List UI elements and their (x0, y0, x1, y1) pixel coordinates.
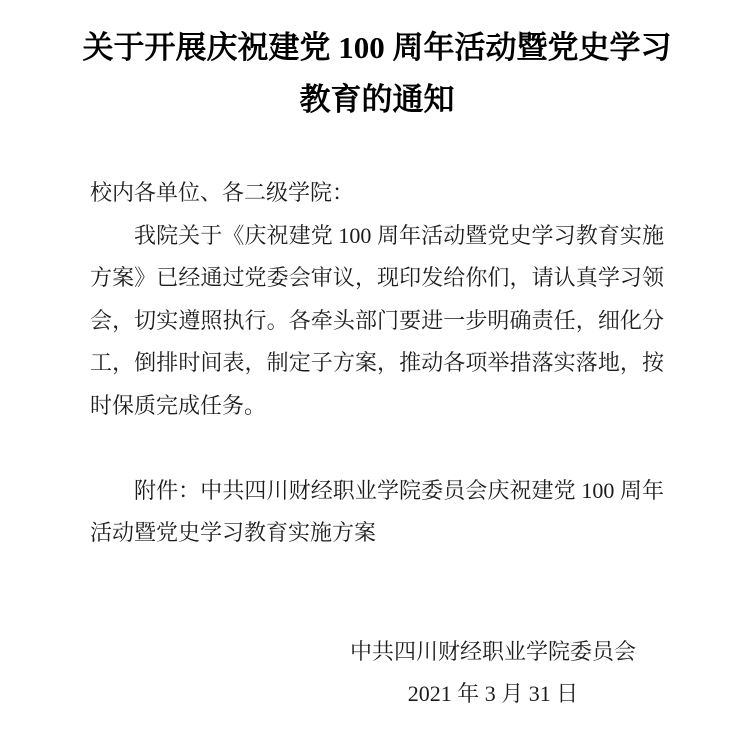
paragraph-line: 时保质完成任务。 (90, 385, 664, 428)
paragraph-line: 工，倒排时间表，制定子方案，推动各项举措落实落地，按 (90, 342, 664, 385)
signature-name: 中共四川财经职业学院委员会 (350, 631, 636, 674)
signature-block: 中共四川财经职业学院委员会 2021 年 3 月 31 日 (350, 631, 636, 716)
document-body: 校内各单位、各二级学院： 我院关于《庆祝建党 100 周年活动暨党史学习教育实施… (90, 172, 664, 716)
salutation: 校内各单位、各二级学院： (90, 172, 664, 215)
title-line-2: 教育的通知 (0, 74, 754, 126)
paragraph-line: 我院关于《庆祝建党 100 周年活动暨党史学习教育实施 (90, 215, 664, 258)
body-paragraph: 我院关于《庆祝建党 100 周年活动暨党史学习教育实施 方案》已经通过党委会审议… (90, 215, 664, 428)
document-title: 关于开展庆祝建党 100 周年活动暨党史学习 教育的通知 (0, 22, 754, 126)
document-page: 关于开展庆祝建党 100 周年活动暨党史学习 教育的通知 校内各单位、各二级学院… (0, 0, 754, 738)
title-line-1: 关于开展庆祝建党 100 周年活动暨党史学习 (0, 22, 754, 74)
attachment-line: 附件：中共四川财经职业学院委员会庆祝建党 100 周年 (90, 470, 664, 513)
paragraph-line: 会，切实遵照执行。各牵头部门要进一步明确责任，细化分 (90, 300, 664, 343)
attachment-paragraph: 附件：中共四川财经职业学院委员会庆祝建党 100 周年 活动暨党史学习教育实施方… (90, 470, 664, 555)
signature-date: 2021 年 3 月 31 日 (350, 673, 636, 716)
paragraph-line: 方案》已经通过党委会审议，现印发给你们，请认真学习领 (90, 257, 664, 300)
attachment-line: 活动暨党史学习教育实施方案 (90, 512, 664, 555)
